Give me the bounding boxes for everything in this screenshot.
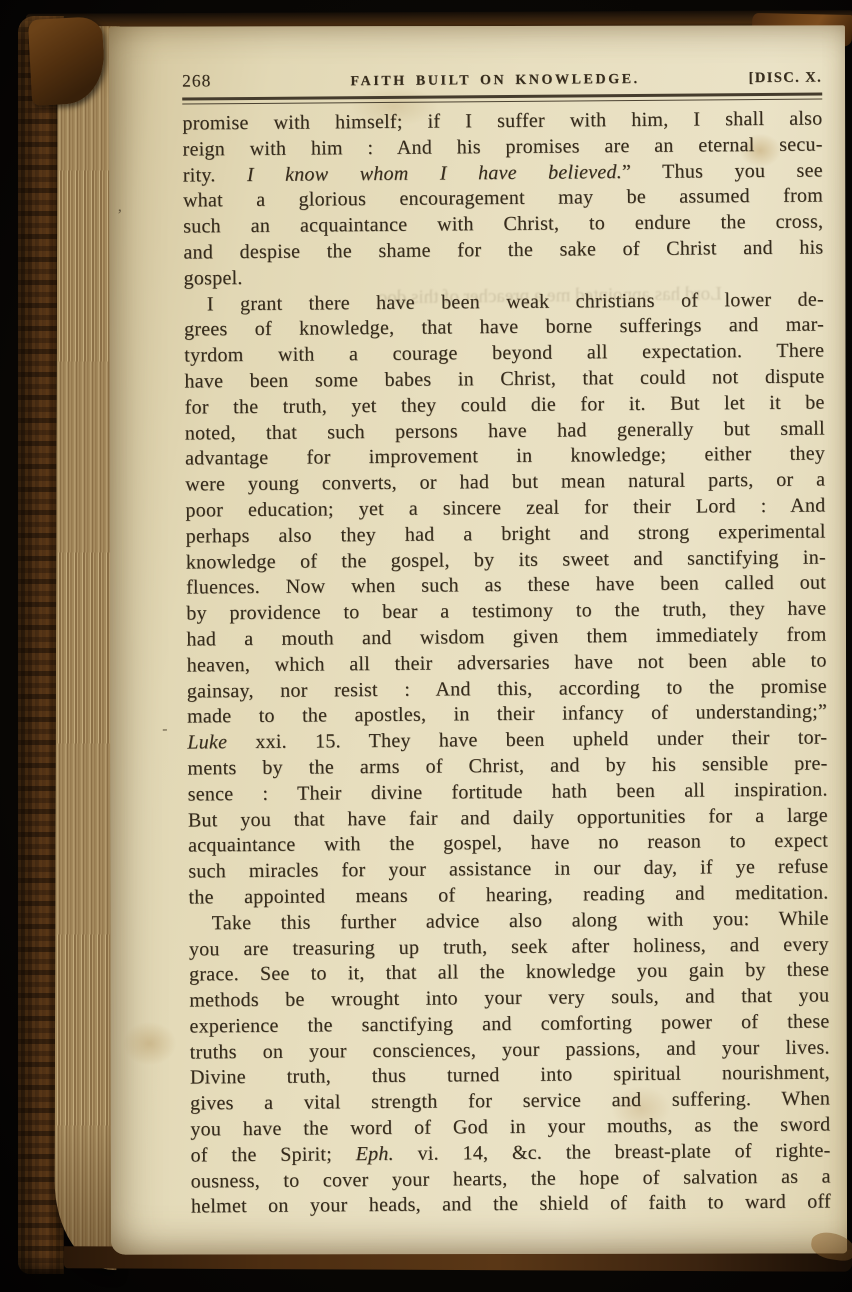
text-segment: Take this further advice also along with… xyxy=(212,907,829,934)
text-segment: xxi. 15. They have been upheld under the… xyxy=(227,727,827,754)
text-segment: truths on your consciences, your passion… xyxy=(190,1036,830,1063)
text-segment: knowledge of the gospel, by its sweet an… xyxy=(186,546,826,573)
text-segment: heaven, which all their adversaries have… xyxy=(187,649,827,676)
page-number: 268 xyxy=(182,70,272,92)
text-segment: grace. See to it, that all the knowledge… xyxy=(189,959,829,986)
book-page-photo: 268 FAITH BUILT ON KNOWLEDGE. [DISC. X. … xyxy=(0,0,852,1292)
italic-text: I know whom I have believed. xyxy=(247,161,622,186)
text-segment: advantage for improvement in knowledge; … xyxy=(185,443,825,470)
header-double-rule xyxy=(182,92,822,104)
text-segment: gospel. xyxy=(184,267,243,289)
text-segment: and despise the shame for the sake of Ch… xyxy=(183,236,823,263)
text-segment: But you that have fair and daily opportu… xyxy=(188,804,828,831)
text-segment: for the truth, yet they could die for it… xyxy=(185,391,825,418)
margin-speck: ’ xyxy=(117,207,122,225)
running-title: FAITH BUILT ON KNOWLEDGE. xyxy=(272,71,718,91)
text-segment: what a glorious encouragement may be ass… xyxy=(183,185,823,212)
text-segment: tyrdom with a courage beyond all expecta… xyxy=(184,340,824,367)
text-segment: you are treasuring up truth, seek after … xyxy=(189,933,829,960)
text-line: helmet on your heads, and the shield of … xyxy=(191,1190,831,1221)
text-segment: Divine truth, thus turned into spiritual… xyxy=(190,1062,830,1089)
text-segment: vi. 14, &c. the breast-plate of righte- xyxy=(394,1139,831,1164)
text-segment: have been some babes in Christ, that cou… xyxy=(184,365,824,392)
text-segment: were young converts, or had but mean nat… xyxy=(185,469,825,496)
text-segment: of the Spirit; xyxy=(190,1143,355,1166)
discourse-label: [DISC. X. xyxy=(718,69,822,87)
text-segment: I grant there have been weak christians … xyxy=(207,288,824,315)
printed-content: 268 FAITH BUILT ON KNOWLEDGE. [DISC. X. … xyxy=(182,65,831,1220)
text-segment: grees of knowledge, that have borne suff… xyxy=(184,314,824,341)
text-segment: fluences. Now when such as these have be… xyxy=(186,572,826,599)
text-segment: ousness, to cover your hearts, the hope … xyxy=(191,1165,831,1192)
text-line: and despise the shame for the sake of Ch… xyxy=(183,235,823,266)
text-segment: noted, that such persons have had genera… xyxy=(185,417,825,444)
text-segment: promise with himself; if I suffer with h… xyxy=(182,107,822,134)
text-segment: such an acquaintance with Christ, to end… xyxy=(183,211,823,238)
text-segment: helmet on your heads, and the shield of … xyxy=(191,1191,831,1218)
italic-text: Eph. xyxy=(356,1143,394,1165)
text-segment: made to the apostles, in their infancy o… xyxy=(187,701,827,728)
page-stain xyxy=(123,1022,177,1066)
text-segment: perhaps also they had a bright and stron… xyxy=(186,520,826,547)
text-segment: ments by the arms of Christ, and by his … xyxy=(187,752,827,779)
text-segment: poor education; yet a sincere zeal for t… xyxy=(185,494,825,521)
margin-dash-mark: - xyxy=(162,721,167,739)
text-segment: ” Thus you see xyxy=(622,159,823,183)
text-segment: rity. xyxy=(183,164,247,187)
text-segment: you have the word of God in your mouths,… xyxy=(190,1114,830,1141)
text-segment: the appointed means of hearing, reading … xyxy=(188,881,828,908)
text-block: promise with himself; if I suffer with h… xyxy=(182,106,831,1220)
text-segment: had a mouth and wisdom given them immedi… xyxy=(186,623,826,650)
text-segment: gives a vital strength for service and s… xyxy=(190,1088,830,1115)
text-segment: by providence to bear a testimony to the… xyxy=(186,598,826,625)
text-segment: acquaintance with the gospel, have no re… xyxy=(188,830,828,857)
text-segment: methods be wrought into your very souls,… xyxy=(189,985,829,1012)
text-segment: experience the sanctifying and comfortin… xyxy=(189,1010,829,1037)
text-segment: gainsay, nor resist : And this, accordin… xyxy=(187,675,827,702)
text-segment: reign with him : And his promises are an… xyxy=(183,133,823,160)
italic-text: Luke xyxy=(187,731,227,753)
book-page: 268 FAITH BUILT ON KNOWLEDGE. [DISC. X. … xyxy=(109,25,847,1254)
text-segment: such miracles for your assistance in our… xyxy=(188,856,828,883)
text-segment: sence : Their divine fortitude hath been… xyxy=(188,778,828,805)
running-header: 268 FAITH BUILT ON KNOWLEDGE. [DISC. X. xyxy=(182,65,822,94)
